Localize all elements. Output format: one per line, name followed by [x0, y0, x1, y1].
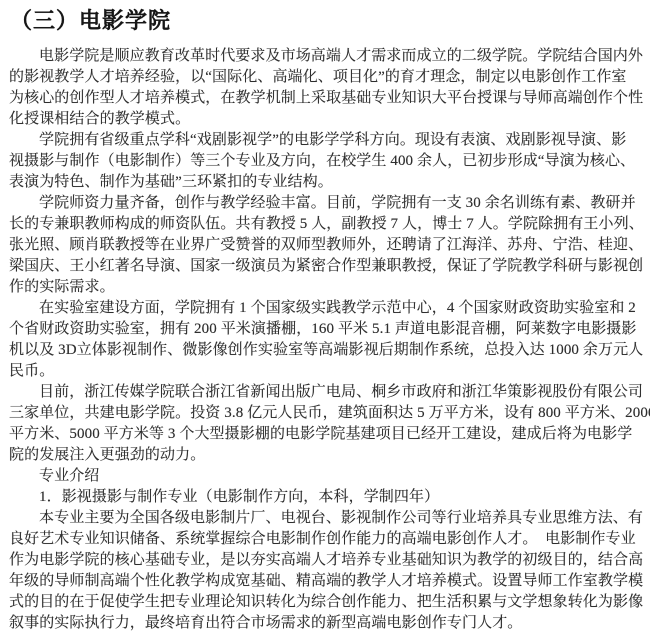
text-line: 良好艺术专业知识储备、系统掌握综合电影制作创作能力的高端电影创作人才。 电影制作… [9, 529, 643, 550]
text-line: 视摄影与制作（电影制作）等三个专业及方向，在校学生 400 余人，已初步形成“导… [9, 151, 643, 172]
text-line: 三家单位，共建电影学院。投资 3.8 亿元人民币，建筑面积达 5 万平方米，设有… [9, 403, 643, 424]
subheading: 专业介绍 [9, 466, 643, 487]
text-line: 年级的导师制高端个性化教学构成宽基础、精高端的教学人才培养模式。设置导师工作室教… [9, 571, 643, 592]
text-line: 电影学院是顺应教育改革时代要求及市场高端人才需求而成立的二级学院。学院结合国内外 [9, 46, 643, 67]
text-line: 作为电影学院的核心基础专业，是以夯实高端人才培养专业基础知识为教学的初级目的，结… [9, 550, 643, 571]
paragraph: 学院师资力量齐备，创作与教学经验丰富。目前，学院拥有一支 30 余名训练有素、教… [9, 193, 643, 298]
text-line: 式的目的在于促使学生把专业理论知识转化为综合创作能力、把生活积累与文学想象转化为… [9, 592, 643, 613]
text-line: 个省财政资助实验室，拥有 200 平米演播棚，160 平米 5.1 声道电影混音… [9, 319, 643, 340]
text-line: 平方米、5000 平方米等 3 个大型摄影棚的电影学院基建项目已经开工建设，建成… [9, 424, 643, 445]
text-line: 民币。 [9, 361, 643, 382]
text-line: 专业介绍 [9, 466, 643, 487]
text-line: 学院拥有省级重点学科“戏剧影视学”的电影学学科方向。现设有表演、戏剧影视导演、影 [9, 130, 643, 151]
paragraph: 学院拥有省级重点学科“戏剧影视学”的电影学学科方向。现设有表演、戏剧影视导演、影… [9, 130, 643, 193]
text-line: 院的发展注入更强劲的动力。 [9, 445, 643, 466]
text-line: 的影视教学人才培养经验，以“国际化、高端化、项目化”的育才理念，制定以电影创作工… [9, 67, 643, 88]
text-line: 机以及 3D立体影视制作、微影像创作实验室等高端影视后期制作系统，总投入达 10… [9, 340, 643, 361]
text-line: 目前，浙江传媒学院联合浙江省新闻出版广电局、桐乡市政府和浙江华策影视股份有限公司 [9, 382, 643, 403]
text-line: 梁国庆、王小红著名导演、国家一级演员为紧密合作型兼职教授，保证了学院教学科研与影… [9, 256, 643, 277]
paragraph: 电影学院是顺应教育改革时代要求及市场高端人才需求而成立的二级学院。学院结合国内外… [9, 46, 643, 130]
text-line: 长的专兼职教师构成的师资队伍。共有教授 5 人，副教授 7 人，博士 7 人。学… [9, 214, 643, 235]
list-item: 1．影视摄影与制作专业（电影制作方向，本科，学制四年） [9, 487, 643, 508]
text-line: 为核心的创作型人才培养模式，在教学机制上采取基础专业知识大平台授课与导师高端创作… [9, 88, 643, 109]
paragraph: 本专业主要为全国各级电影制片厂、电视台、影视制作公司等行业培养具专业思维方法、有… [9, 508, 643, 634]
document-page: （三）电影学院 电影学院是顺应教育改革时代要求及市场高端人才需求而成立的二级学院… [0, 0, 650, 644]
text-line: 叙事的实际执行力，最终培育出符合市场需求的新型高端电影创作专门人才。 [9, 613, 643, 634]
document-body: 电影学院是顺应教育改革时代要求及市场高端人才需求而成立的二级学院。学院结合国内外… [9, 46, 643, 634]
text-line: 作的实际需求。 [9, 277, 643, 298]
text-line: 表演为特色、制作为基础”三环紧扣的专业结构。 [9, 172, 643, 193]
text-line: 1．影视摄影与制作专业（电影制作方向，本科，学制四年） [9, 487, 643, 508]
page-title: （三）电影学院 [10, 8, 643, 33]
text-line: 张光照、顾肖联教授等在业界广受赞誉的双师型教师外，还聘请了江海洋、苏舟、宁浩、桂… [9, 235, 643, 256]
text-line: 在实验室建设方面，学院拥有 1 个国家级实践教学示范中心，4 个国家财政资助实验… [9, 298, 643, 319]
text-line: 化授课相结合的教学模式。 [9, 109, 643, 130]
text-line: 本专业主要为全国各级电影制片厂、电视台、影视制作公司等行业培养具专业思维方法、有 [9, 508, 643, 529]
text-line: 学院师资力量齐备，创作与教学经验丰富。目前，学院拥有一支 30 余名训练有素、教… [9, 193, 643, 214]
paragraph: 目前，浙江传媒学院联合浙江省新闻出版广电局、桐乡市政府和浙江华策影视股份有限公司… [9, 382, 643, 466]
paragraph: 在实验室建设方面，学院拥有 1 个国家级实践教学示范中心，4 个国家财政资助实验… [9, 298, 643, 382]
